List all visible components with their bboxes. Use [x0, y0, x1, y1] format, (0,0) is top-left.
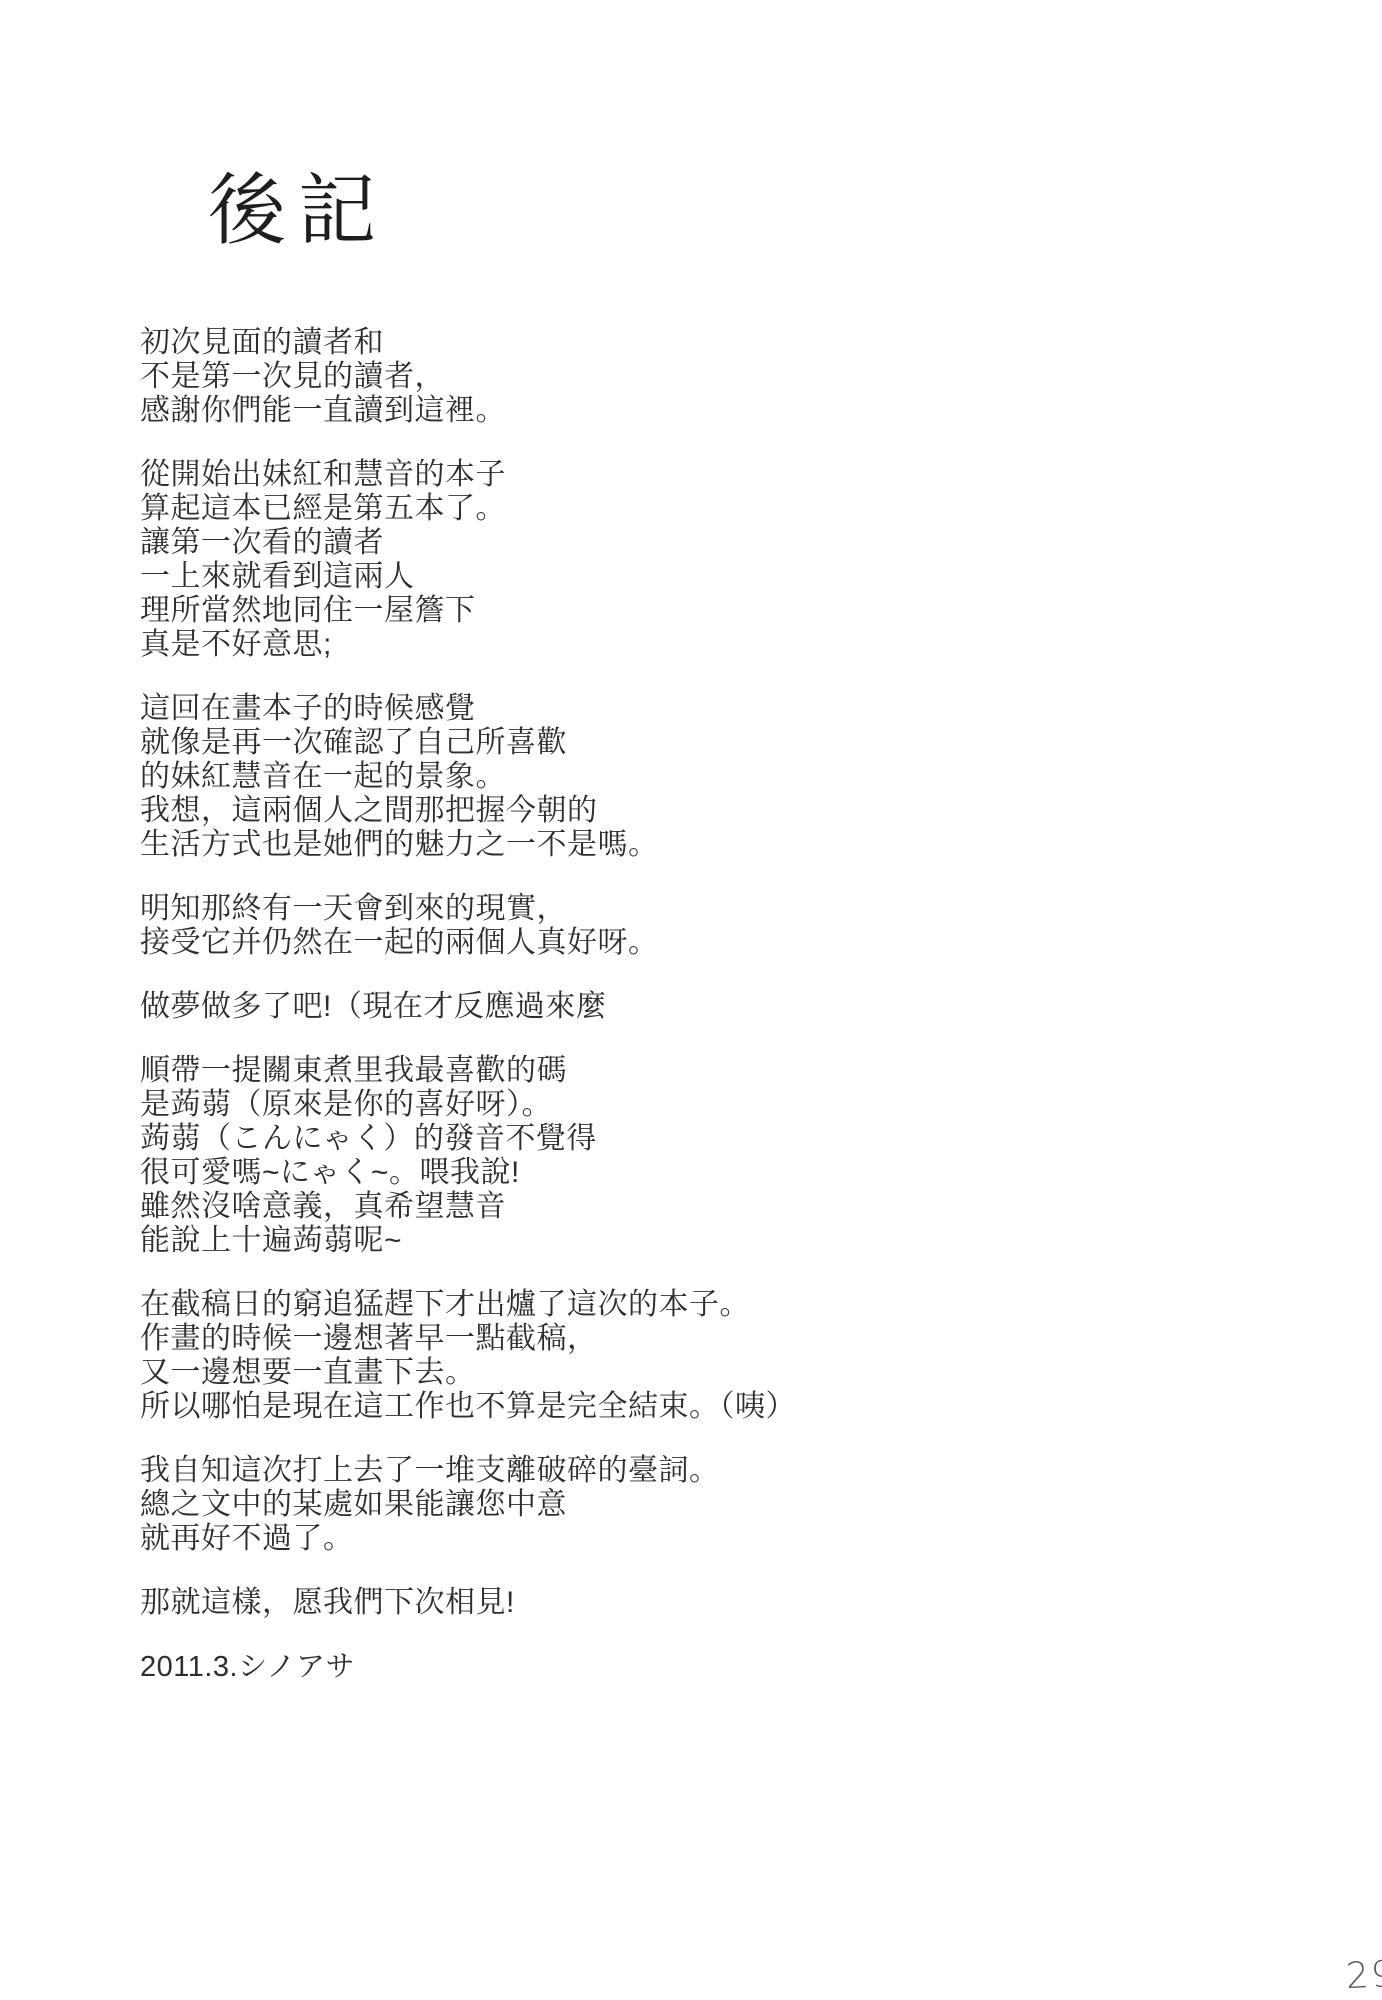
paragraph-farewell: 那就這樣，愿我們下次相見!	[140, 1586, 1240, 1620]
date-signature: 2011.3.シノアサ	[140, 1650, 1240, 1684]
page-number: 29	[1345, 1954, 1382, 1998]
paragraph-greeting: 初次見面的讀者和 不是第一次見的讀者， 感謝你們能一直讀到這裡。	[140, 326, 1240, 428]
afterword-text: 初次見面的讀者和 不是第一次見的讀者， 感謝你們能一直讀到這裡。 從開始出妹紅和…	[140, 326, 1240, 1714]
paragraph-konnyaku: 順帶一提關東煮里我最喜歡的碼 是蒟蒻（原來是你的喜好呀）。 蒟蒻（こんにゃく）的…	[140, 1054, 1240, 1258]
paragraph-fifth-book: 從開始出妹紅和慧音的本子 算起這本已經是第五本了。 讓第一次看的讀者 一上來就看…	[140, 458, 1240, 662]
afterword-page: 後記 初次見面的讀者和 不是第一次見的讀者， 感謝你們能一直讀到這裡。 從開始出…	[0, 0, 1382, 2000]
page-title: 後記	[208, 172, 388, 250]
paragraph-daydream: 做夢做多了吧!（現在才反應過來麼	[140, 990, 1240, 1024]
paragraph-drawing-feel: 這回在畫本子的時候感覺 就像是再一次確認了自己所喜歡 的妹紅慧音在一起的景象。 …	[140, 692, 1240, 862]
paragraph-fragmented-lines: 我自知這次打上去了一堆支離破碎的臺詞。 總之文中的某處如果能讓您中意 就再好不過…	[140, 1454, 1240, 1556]
paragraph-deadline: 在截稿日的窮追猛趕下才出爐了這次的本子。 作畫的時候一邊想著早一點截稿， 又一邊…	[140, 1288, 1240, 1424]
paragraph-reality: 明知那終有一天會到來的現實， 接受它并仍然在一起的兩個人真好呀。	[140, 892, 1240, 960]
